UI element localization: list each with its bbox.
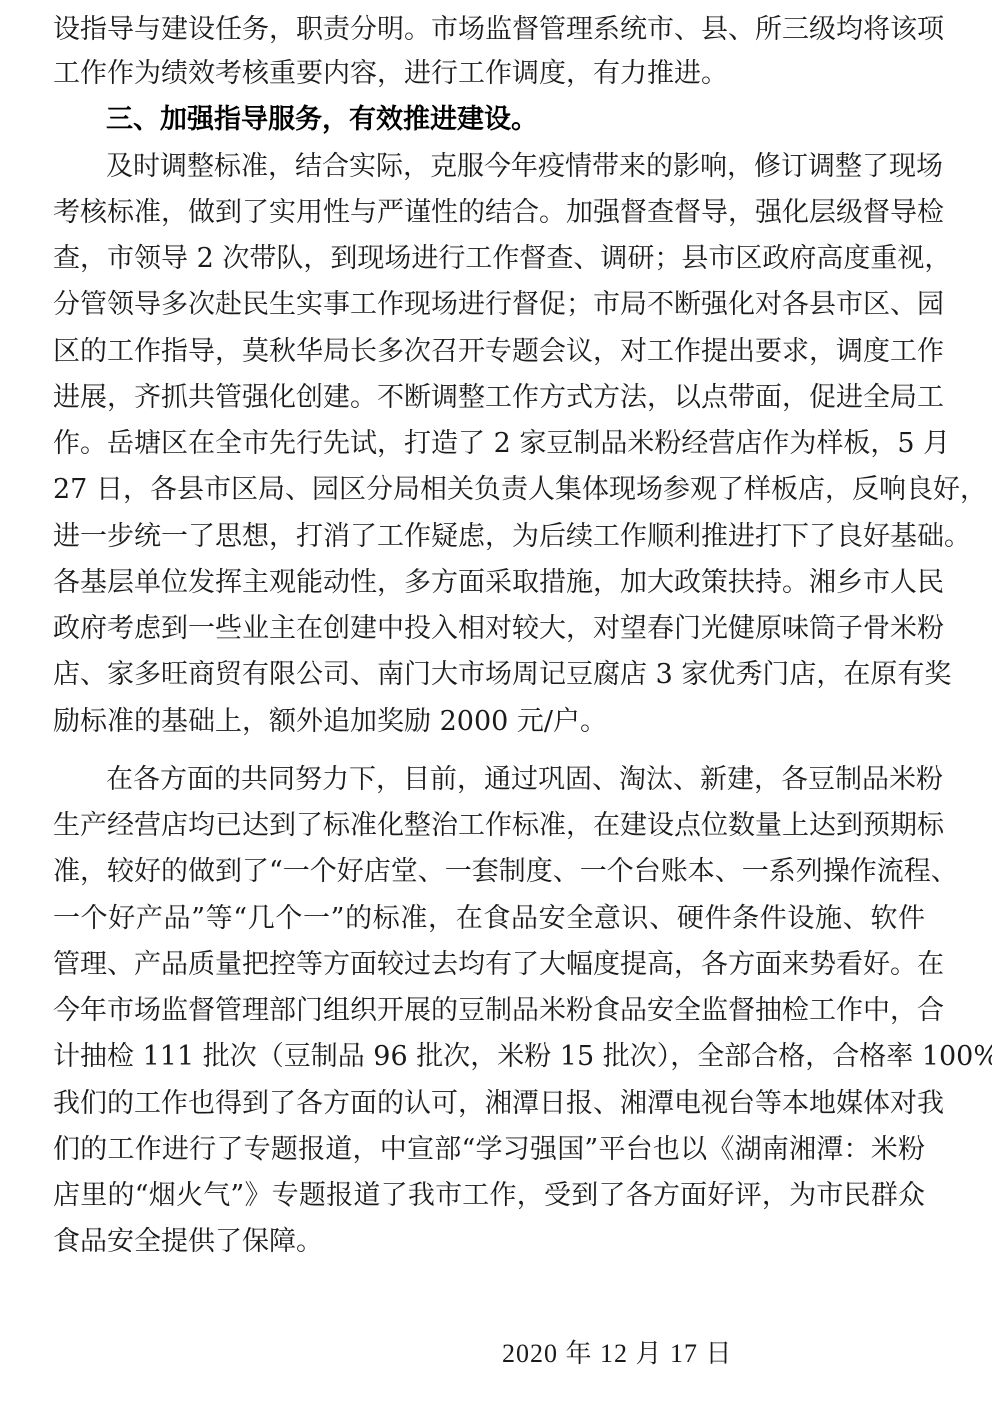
paragraph-2-line: 准，较好的做到了“一个好店堂、一套制度、一个台账本、一系列操作流程、 [53, 850, 925, 894]
paragraph-2-line: 们的工作进行了专题报道，中宣部“学习强国”平台也以《湖南湘潭：米粉 [53, 1128, 925, 1172]
paragraph-1-line: 政府考虑到一些业主在创建中投入相对较大，对望春门光健原味筒子骨米粉 [53, 607, 925, 651]
paragraph-2-line: 店里的“烟火气”》专题报道了我市工作，受到了各方面好评，为市民群众 [53, 1174, 925, 1218]
paragraph-2-line: 一个好产品”等“几个一”的标准，在食品安全意识、硬件条件设施、软件 [53, 897, 925, 941]
paragraph-1-line: 查，市领导 2 次带队，到现场进行工作督查、调研；县市区政府高度重视， [53, 237, 925, 281]
document-page: 设指导与建设任务，职责分明。市场监督管理系统市、县、所三级均将该项 工作作为绩效… [0, 0, 992, 1403]
paragraph-2-line: 食品安全提供了保障。 [53, 1220, 925, 1264]
paragraph-1-line: 进一步统一了思想，打消了工作疑虑，为后续工作顺利推进打下了良好基础。 [53, 515, 925, 559]
section-heading: 三、加强指导服务，有效推进建设。 [106, 98, 925, 142]
text-line: 设指导与建设任务，职责分明。市场监督管理系统市、县、所三级均将该项 [53, 8, 925, 52]
paragraph-1-line: 进展，齐抓共管强化创建。不断调整工作方式方法，以点带面，促进全局工 [53, 376, 925, 420]
paragraph-1-line: 分管领导多次赴民生实事工作现场进行督促；市局不断强化对各县市区、园 [53, 283, 925, 327]
paragraph-1-line: 各基层单位发挥主观能动性，多方面采取措施，加大政策扶持。湘乡市人民 [53, 561, 925, 605]
paragraph-1-line: 店、家多旺商贸有限公司、南门大市场周记豆腐店 3 家优秀门店，在原有奖 [53, 653, 925, 697]
paragraph-1-line: 区的工作指导，莫秋华局长多次召开专题会议，对工作提出要求，调度工作 [53, 330, 925, 374]
paragraph-2-line: 今年市场监督管理部门组织开展的豆制品米粉食品安全监督抽检工作中，合 [53, 989, 925, 1033]
paragraph-2-line: 管理、产品质量把控等方面较过去均有了大幅度提高，各方面来势看好。在 [53, 943, 925, 987]
document-date: 2020 年 12 月 17 日 [502, 1334, 733, 1374]
text-line: 工作作为绩效考核重要内容，进行工作调度，有力推进。 [53, 52, 925, 96]
paragraph-2-line: 生产经营店均已达到了标准化整治工作标准，在建设点位数量上达到预期标 [53, 804, 925, 848]
paragraph-2-line: 在各方面的共同努力下，目前，通过巩固、淘汰、新建，各豆制品米粉 [106, 758, 925, 802]
paragraph-1-line: 及时调整标准，结合实际，克服今年疫情带来的影响，修订调整了现场 [106, 145, 925, 189]
paragraph-1-line: 考核标准，做到了实用性与严谨性的结合。加强督查督导，强化层级督导检 [53, 191, 925, 235]
paragraph-1-line: 27 日，各县市区局、园区分局相关负责人集体现场参观了样板店，反响良好， [53, 468, 925, 512]
paragraph-2-line: 计抽检 111 批次（豆制品 96 批次，米粉 15 批次），全部合格，合格率 … [53, 1035, 925, 1079]
paragraph-1-line: 作。岳塘区在全市先行先试，打造了 2 家豆制品米粉经营店作为样板，5 月 [53, 422, 925, 466]
paragraph-1-line: 励标准的基础上，额外追加奖励 2000 元/户。 [53, 700, 925, 744]
paragraph-2-line: 我们的工作也得到了各方面的认可，湘潭日报、湘潭电视台等本地媒体对我 [53, 1082, 925, 1126]
